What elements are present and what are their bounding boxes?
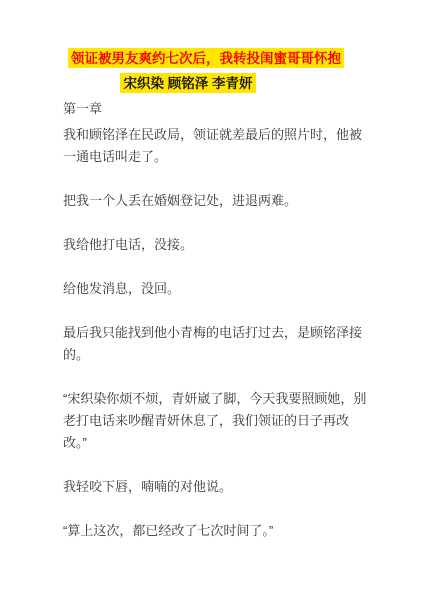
story-paragraph: 我给他打电话，没接。 xyxy=(63,234,369,256)
character-names: 宋织染 顾铭泽 李青妍 xyxy=(120,73,255,93)
story-paragraph: “算上这次，都已经改了七次时间了。” xyxy=(63,520,369,542)
character-names-line: 宋织染 顾铭泽 李青妍 xyxy=(35,73,341,93)
story-paragraph: “宋织染你烦不烦，青妍崴了脚，今天我要照顾她，别老打电话来吵醒青妍休息了，我们领… xyxy=(63,388,369,454)
chapter-heading: 第一章 xyxy=(63,101,369,117)
story-paragraph: 把我一个人丢在婚姻登记处，进退两难。 xyxy=(63,190,369,212)
story-paragraph: 给他发消息，没回。 xyxy=(63,278,369,300)
story-paragraph: 最后我只能找到他小青梅的电话打过去，是顾铭泽接的。 xyxy=(63,322,369,366)
reader-page: 领证被男友爽约七次后，我转投闺蜜哥哥怀抱 宋织染 顾铭泽 李青妍 第一章 我和顾… xyxy=(0,0,424,600)
story-paragraph: 我和顾铭泽在民政局，领证就差最后的照片时，他被一通电话叫走了。 xyxy=(63,124,369,168)
story-title: 领证被男友爽约七次后，我转投闺蜜哥哥怀抱 xyxy=(68,48,344,68)
story-paragraph: 我轻咬下唇，喃喃的对他说。 xyxy=(63,476,369,498)
title-block: 领证被男友爽约七次后，我转投闺蜜哥哥怀抱 宋织染 顾铭泽 李青妍 xyxy=(63,48,369,93)
story-title-line: 领证被男友爽约七次后，我转投闺蜜哥哥怀抱 xyxy=(53,48,359,68)
